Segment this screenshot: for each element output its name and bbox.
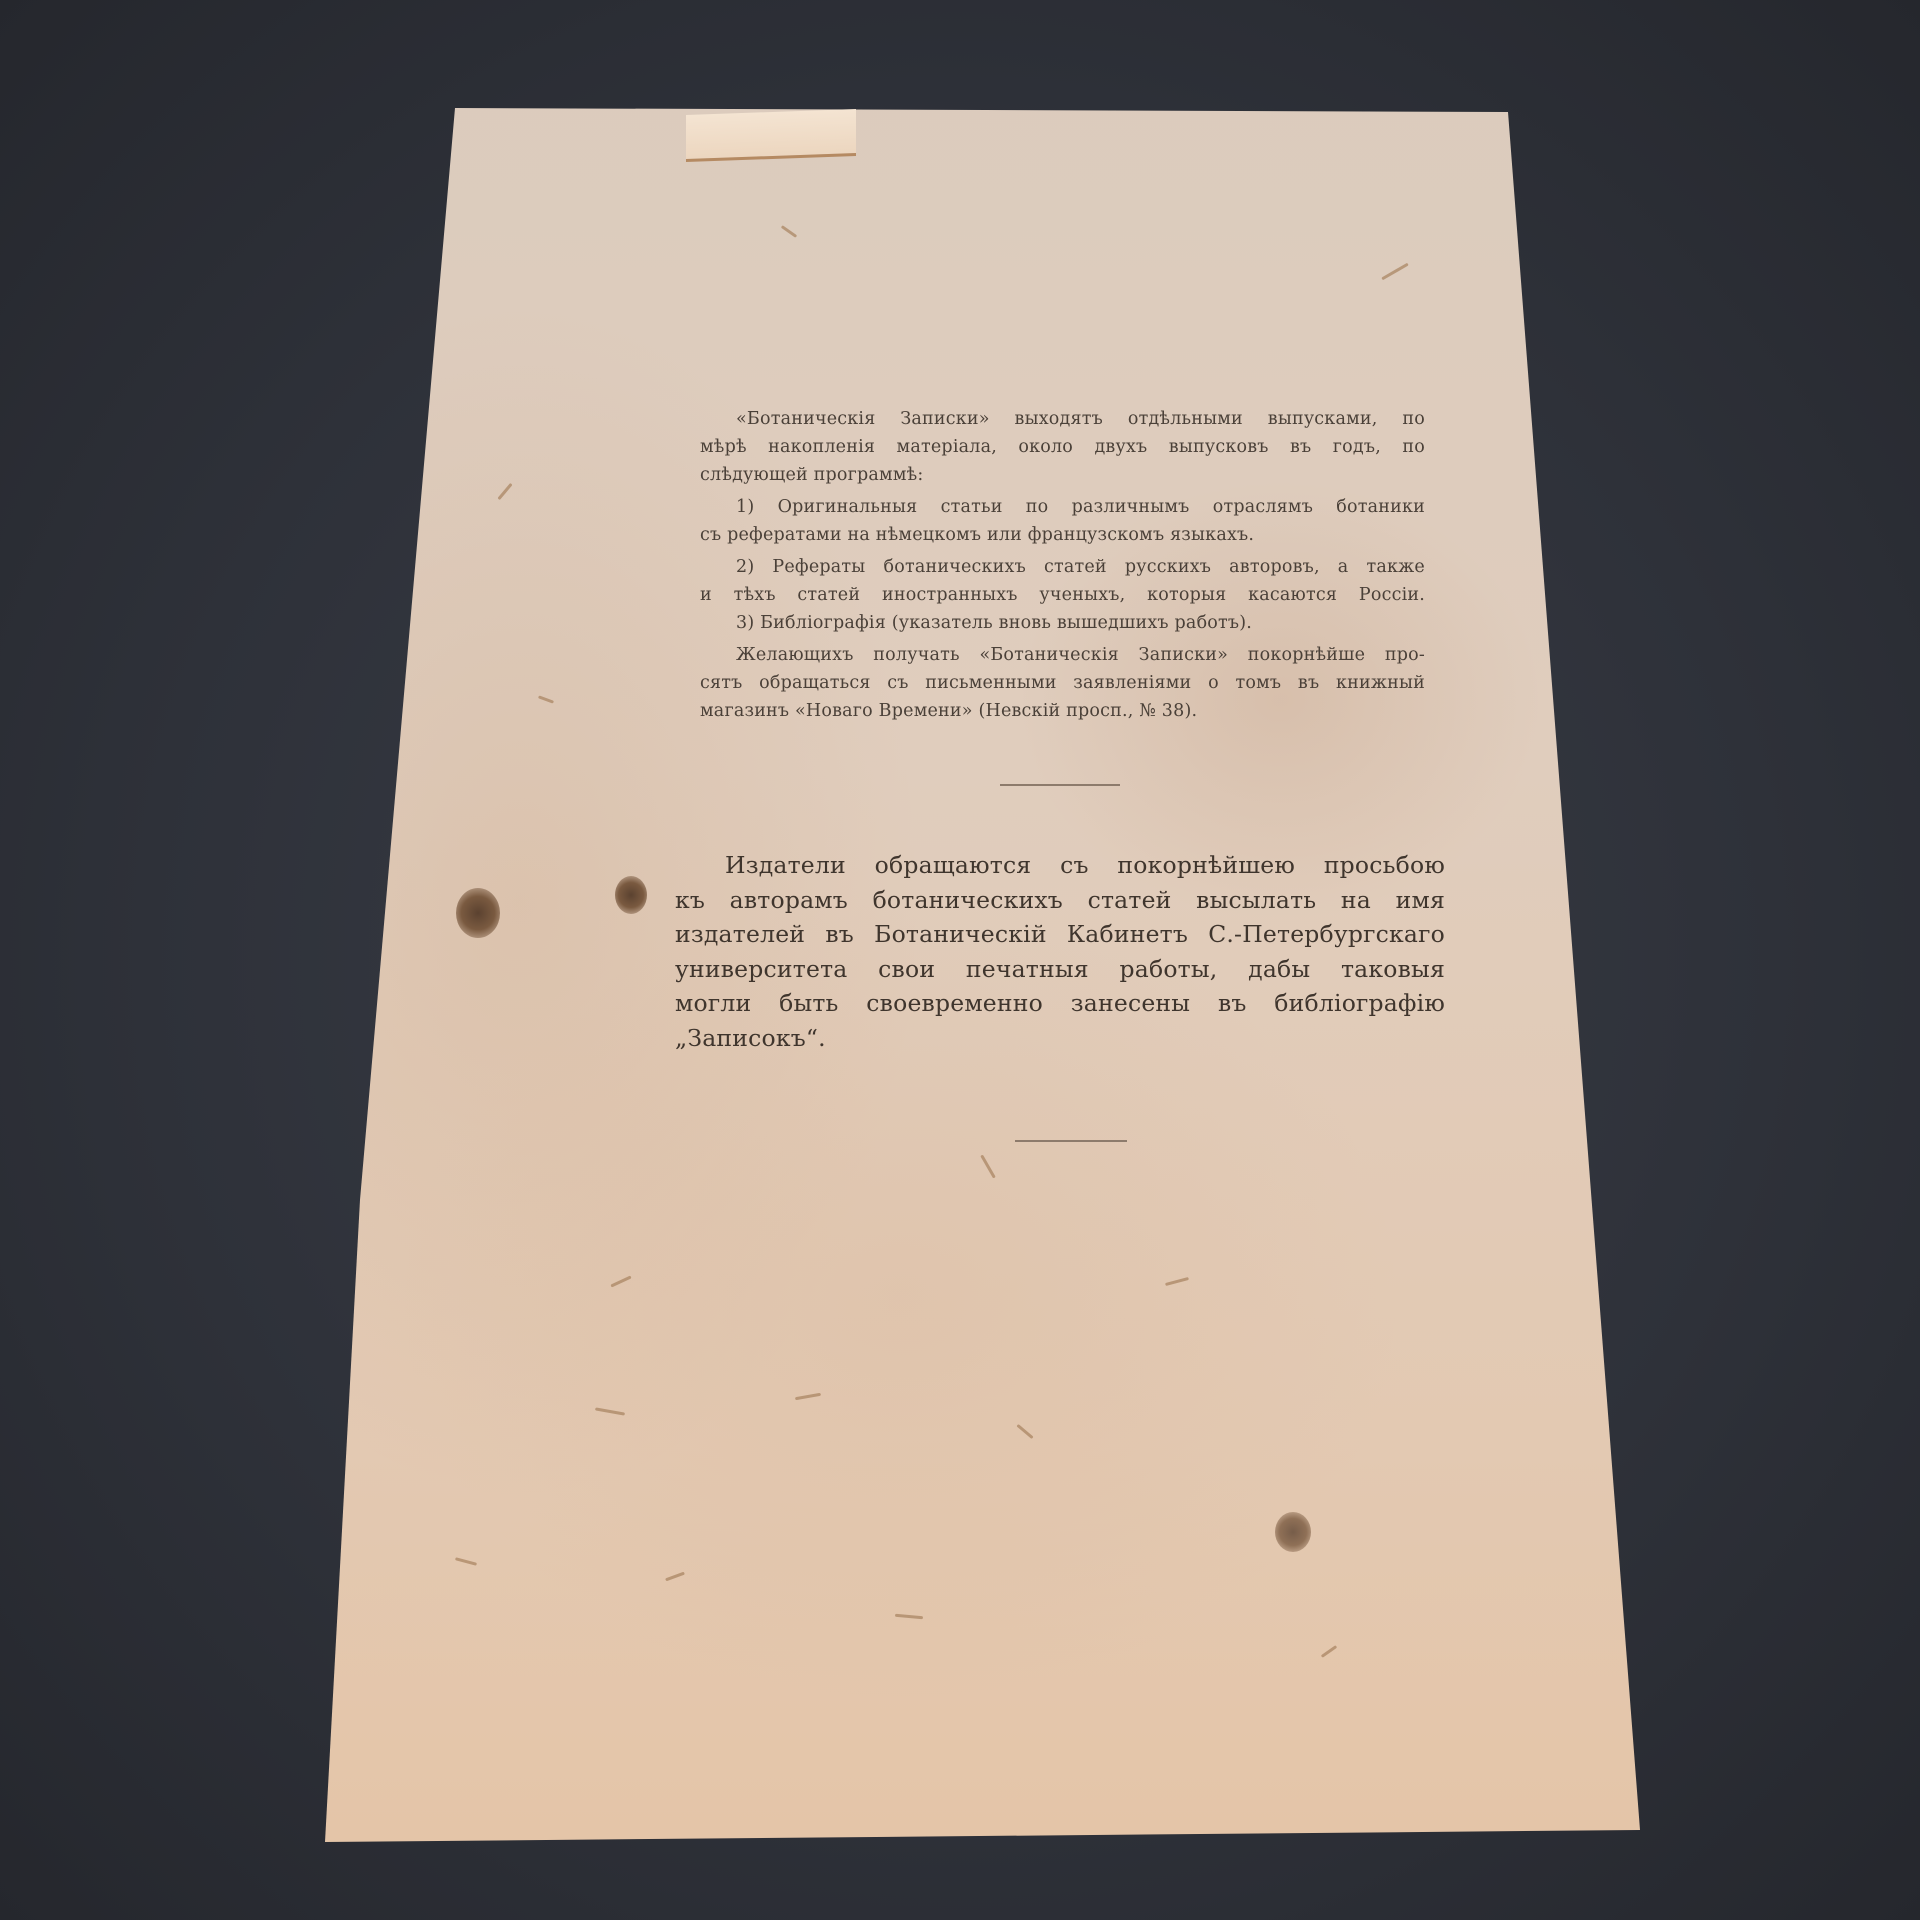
appeal-line: „Записокъ“. [675,1021,1445,1056]
publishers-appeal: Издатели обращаются съ покорнѣйшею прось… [675,848,1445,1055]
appeal-line: къ авторамъ ботаническихъ статей высылат… [675,883,1445,918]
notice-line: и тѣхъ статей иностранныхъ ученыхъ, кото… [700,581,1425,609]
ink-stain [1275,1512,1311,1552]
notice-line: Желающихъ получать «Ботаническія Записки… [700,641,1425,669]
appeal-line: университета свои печатныя работы, дабы … [675,952,1445,987]
ink-stain [456,888,500,938]
subscription-notice: «Ботаническія Записки» выходятъ отдѣльны… [700,405,1425,725]
paper-tape-strip [686,109,856,162]
notice-line: сятъ обращаться съ письменными заявленія… [700,669,1425,697]
notice-line: слѣдующей программѣ: [700,461,1425,489]
notice-line: мѣрѣ накопленія матеріала, около двухъ в… [700,433,1425,461]
notice-line: 3) Библіографія (указатель вновь вышедши… [700,609,1425,637]
notice-line: магазинъ «Новаго Времени» (Невскій просп… [700,697,1425,725]
appeal-line: Издатели обращаются съ покорнѣйшею прось… [675,848,1445,883]
ink-stain [615,876,647,914]
appeal-line: издателей въ Ботаническій Кабинетъ С.-Пе… [675,917,1445,952]
section-divider [1000,784,1120,786]
notice-line: съ рефератами на нѣмецкомъ или французск… [700,521,1425,549]
appeal-line: могли быть своевременно занесены въ библ… [675,986,1445,1021]
notice-line: «Ботаническія Записки» выходятъ отдѣльны… [700,405,1425,433]
section-divider [1015,1140,1127,1142]
notice-line: 2) Рефераты ботаническихъ статей русских… [700,553,1425,581]
notice-line: 1) Оригинальныя статьи по различнымъ отр… [700,493,1425,521]
